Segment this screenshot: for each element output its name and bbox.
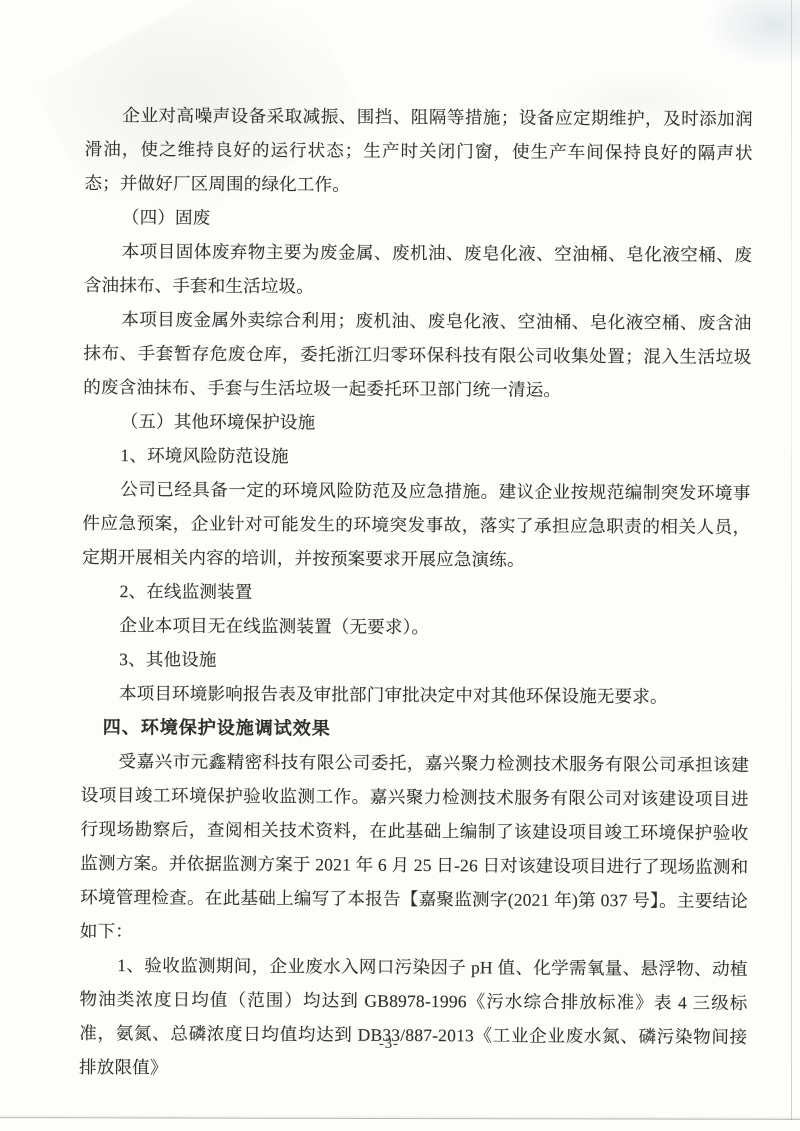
para-online-monitoring: 企业本项目无在线监测装置（无要求）。: [82, 608, 750, 646]
heading-item-2-online-monitoring: 2、在线监测装置: [82, 574, 750, 612]
heading-item-3-other-facilities: 3、其他设施: [81, 642, 749, 680]
para-solid-waste-types: 本项目固体废弃物主要为废金属、废机油、废皂化液、空油桶、皂化液空桶、废含油抹布、…: [84, 234, 752, 306]
para-conclusion-1-wastewater: 1、验收监测期间，企业废水入网口污染因子 pH 值、化学需氧量、悬浮物、动植物油…: [79, 948, 748, 1088]
para-other-facilities: 本项目环境影响报告表及审批部门审批决定中对其他环保设施无要求。: [81, 676, 749, 714]
para-noise-control-measures: 企业对高噪声设备采取减振、围挡、阻隔等措施；设备应定期维护，及时添加润滑油，使之…: [84, 98, 753, 204]
document-body: 企业对高噪声设备采取减振、围挡、阻隔等措施；设备应定期维护，及时添加润滑油，使之…: [79, 98, 753, 1088]
para-risk-prevention: 公司已经具备一定的环境风险防范及应急措施。建议企业按规范编制突发环境事件应急预案…: [82, 472, 751, 578]
scan-page-right-edge: [791, 0, 792, 1120]
para-solid-waste-disposal: 本项目废金属外卖综合利用；废机油、废皂化液、空油桶、皂化液空桶、废含油抹布、手套…: [83, 302, 752, 408]
heading-item-1-risk-prevention: 1、环境风险防范设施: [83, 438, 751, 476]
page-number: -3-: [0, 1036, 778, 1053]
scan-smudge-artifact: [700, 0, 800, 70]
heading-chapter-4-debugging-effect: 四、环境保护设施调试效果: [81, 710, 749, 748]
scanned-document-page: 企业对高噪声设备采取减振、围挡、阻隔等措施；设备应定期维护，及时添加润滑油，使之…: [0, 0, 800, 1131]
heading-section-5-other-protection-facilities: （五）其他环境保护设施: [83, 404, 751, 442]
para-commission-and-monitoring: 受嘉兴市元鑫精密科技有限公司委托，嘉兴聚力检测技术服务有限公司承担该建设项目竣工…: [80, 744, 749, 952]
heading-section-4-solid-waste: （四）固废: [84, 200, 752, 238]
scan-page-bottom-edge: [0, 1117, 800, 1131]
